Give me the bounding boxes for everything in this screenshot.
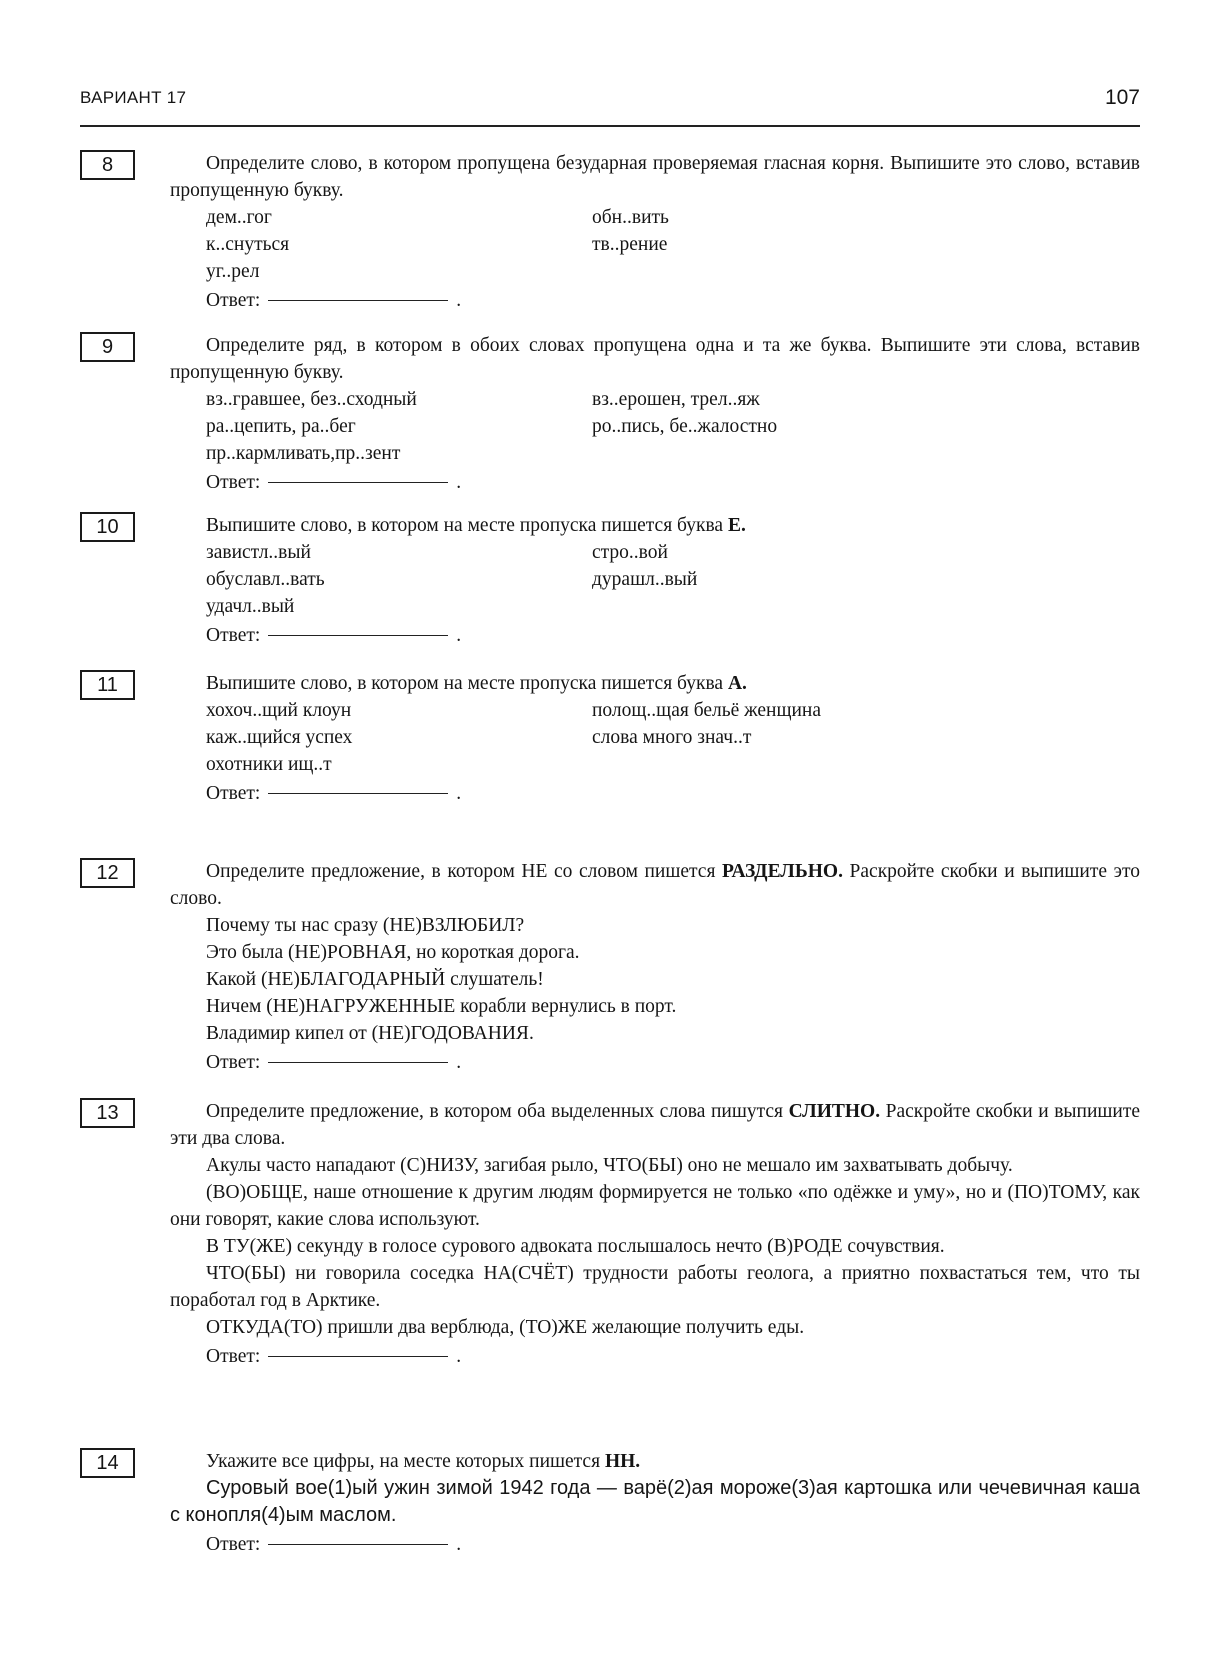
answer-field[interactable]: Ответ:. — [206, 287, 1140, 319]
option: завистл..вый — [206, 539, 592, 566]
sentence: ОТКУДА(ТО) пришли два верблюда, (ТО)ЖЕ ж… — [170, 1314, 1140, 1341]
task-instruction: Укажите все цифры, на месте которых пише… — [170, 1448, 1140, 1475]
sentence-list: Почему ты нас сразу (НЕ)ВЗЛЮБИЛ? Это был… — [170, 912, 1140, 1047]
answer-field[interactable]: Ответ:. — [206, 1049, 1140, 1081]
option: тв..рение — [592, 231, 1140, 258]
task-number-box: 11 — [80, 670, 135, 700]
answer-label: Ответ: — [206, 1052, 260, 1073]
sentence: Акулы часто нападают (С)НИЗУ, загибая ры… — [170, 1152, 1140, 1179]
sentence: Какой (НЕ)БЛАГОДАРНЫЙ слушатель! — [170, 966, 1140, 993]
sentence: Владимир кипел от (НЕ)ГОДОВАНИЯ. — [170, 1020, 1140, 1047]
sentence: Почему ты нас сразу (НЕ)ВЗЛЮБИЛ? — [170, 912, 1140, 939]
answer-label: Ответ: — [206, 783, 260, 804]
option: удачл..вый — [206, 593, 592, 620]
option: хохоч..щий клоун — [206, 697, 592, 724]
answer-blank[interactable] — [268, 300, 448, 301]
answer-field[interactable]: Ответ:. — [206, 1343, 1140, 1375]
option: пр..кармливать,пр..зент — [206, 440, 592, 467]
sentence: ЧТО(БЫ) ни говорила соседка НА(СЧЁТ) тру… — [170, 1260, 1140, 1314]
emphasis-word: СЛИТНО. — [789, 1101, 881, 1122]
task-number-box: 9 — [80, 332, 135, 362]
target-letter: А. — [728, 673, 747, 694]
task-instruction: Определите ряд, в котором в обоих словах… — [170, 332, 1140, 386]
answer-field[interactable]: Ответ:. — [206, 780, 1140, 812]
emphasis-word: РАЗДЕЛЬНО. — [722, 861, 843, 882]
answer-blank[interactable] — [268, 1062, 448, 1063]
sentence: (ВО)ОБЩЕ, наше отношение к другим людям … — [170, 1179, 1140, 1233]
sentence: Это была (НЕ)РОВНАЯ, но короткая дорога. — [170, 939, 1140, 966]
option: уг..рел — [206, 258, 592, 285]
target-letter: Е. — [728, 515, 746, 536]
variant-title: ВАРИАНТ 17 — [80, 88, 186, 108]
page-number: 107 — [1105, 86, 1140, 110]
option-list: хохоч..щий клоун полощ..щая бельё женщин… — [206, 697, 1140, 778]
option: полощ..щая бельё женщина — [592, 697, 1140, 724]
answer-blank[interactable] — [268, 1544, 448, 1545]
option: охотники ищ..т — [206, 751, 592, 778]
option: к..снуться — [206, 231, 592, 258]
sentence-list: Акулы часто нападают (С)НИЗУ, загибая ры… — [170, 1152, 1140, 1341]
answer-blank[interactable] — [268, 793, 448, 794]
option: стро..вой — [592, 539, 1140, 566]
answer-label: Ответ: — [206, 472, 260, 493]
answer-field[interactable]: Ответ:. — [206, 1531, 1140, 1563]
task-text: Суровый вое(1)ый ужин зимой 1942 года — … — [170, 1475, 1140, 1529]
task-instruction: Выпишите слово, в котором на месте пропу… — [170, 512, 1140, 539]
option: дем..гог — [206, 204, 592, 231]
answer-label: Ответ: — [206, 1346, 260, 1367]
task-number-box: 12 — [80, 858, 135, 888]
option: слова много знач..т — [592, 724, 1140, 751]
option-list: вз..гравшее, без..сходный вз..ерошен, тр… — [206, 386, 1140, 467]
task-number-box: 8 — [80, 150, 135, 180]
answer-field[interactable]: Ответ:. — [206, 622, 1140, 654]
option: вз..ерошен, трел..яж — [592, 386, 1140, 413]
sentence: В ТУ(ЖЕ) секунду в голосе сурового адвок… — [170, 1233, 1140, 1260]
answer-label: Ответ: — [206, 290, 260, 311]
answer-label: Ответ: — [206, 625, 260, 646]
sentence: Ничем (НЕ)НАГРУЖЕННЫЕ корабли вернулись … — [170, 993, 1140, 1020]
page-header: ВАРИАНТ 17 107 — [80, 88, 1140, 118]
option-list: дем..гог обн..вить к..снуться тв..рение … — [206, 204, 1140, 285]
header-rule — [80, 125, 1140, 127]
emphasis-word: НН. — [605, 1451, 640, 1472]
answer-label: Ответ: — [206, 1534, 260, 1555]
task-instruction: Выпишите слово, в котором на месте пропу… — [170, 670, 1140, 697]
task-instruction: Определите предложение, в котором НЕ со … — [170, 858, 1140, 912]
answer-field[interactable]: Ответ:. — [206, 469, 1140, 501]
task-number-box: 14 — [80, 1448, 135, 1478]
option: каж..щийся успех — [206, 724, 592, 751]
task-instruction: Определите предложение, в котором оба вы… — [170, 1098, 1140, 1152]
option: вз..гравшее, без..сходный — [206, 386, 592, 413]
option: обуславл..вать — [206, 566, 592, 593]
task-instruction: Определите слово, в котором пропущена бе… — [170, 150, 1140, 204]
option: дурашл..вый — [592, 566, 1140, 593]
answer-blank[interactable] — [268, 635, 448, 636]
option: обн..вить — [592, 204, 1140, 231]
answer-blank[interactable] — [268, 1356, 448, 1357]
option-list: завистл..вый стро..вой обуславл..вать ду… — [206, 539, 1140, 620]
option: ро..пись, бе..жалостно — [592, 413, 1140, 440]
task-number-box: 10 — [80, 512, 135, 542]
option: ра..цепить, ра..бег — [206, 413, 592, 440]
answer-blank[interactable] — [268, 482, 448, 483]
task-number-box: 13 — [80, 1098, 135, 1128]
